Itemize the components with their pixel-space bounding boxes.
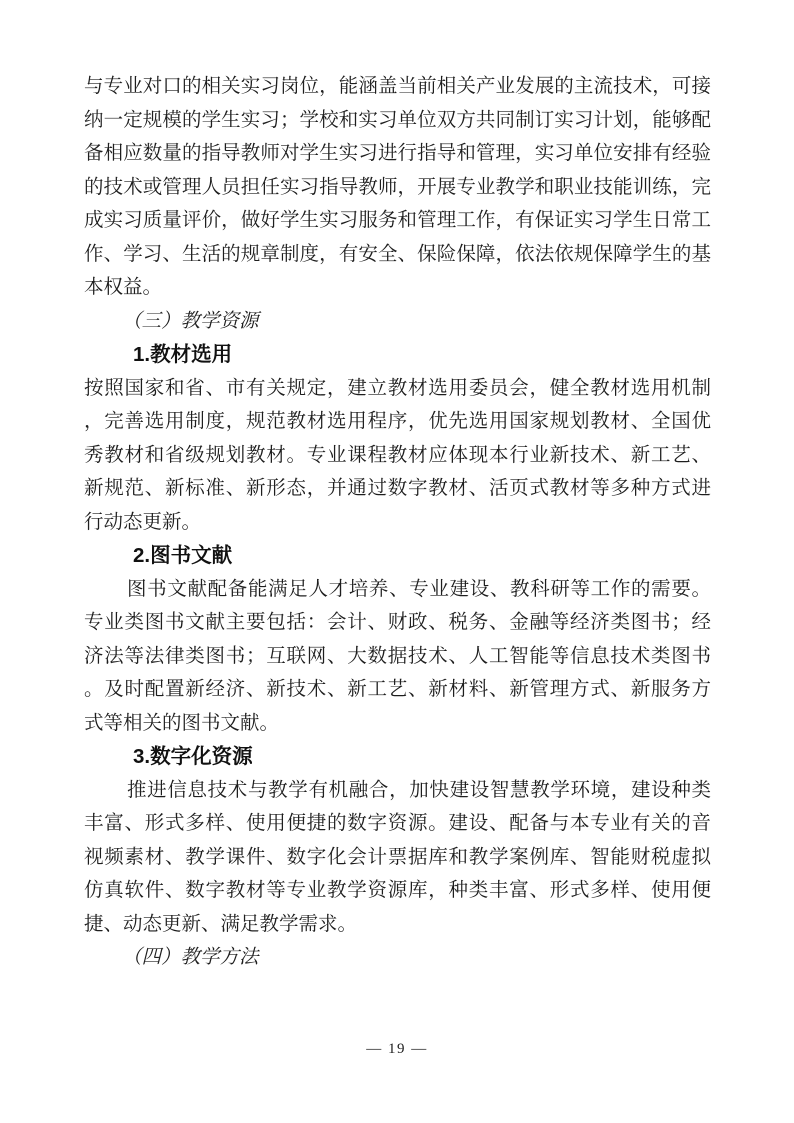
paragraph-line: 按照国家和省、市有关规定，建立教材选用委员会，健全教材选用机制 (84, 372, 711, 406)
page-number: — 19 — (0, 1041, 794, 1058)
paragraph-line: ，完善选用制度，规范教材选用程序，优先选用国家规划教材、全国优 (84, 405, 711, 439)
document-text-block: 与专业对口的相关实习岗位，能涵盖当前相关产业发展的主流技术，可接 纳一定规模的学… (84, 70, 711, 975)
paragraph-line: 成实习质量评价，做好学生实习服务和管理工作，有保证实习学生日常工 (84, 204, 711, 238)
document-page: 与专业对口的相关实习岗位，能涵盖当前相关产业发展的主流技术，可接 纳一定规模的学… (0, 0, 794, 1123)
subsection-heading-digital-resources: 3.数字化资源 (84, 740, 711, 774)
paragraph-line: 仿真软件、数字教材等专业教学资源库，种类丰富、形式多样、使用便 (84, 874, 711, 908)
paragraph-line: 新规范、新标准、新形态，并通过数字教材、活页式教材等多种方式进 (84, 472, 711, 506)
paragraph-line: 专业类图书文献主要包括：会计、财政、税务、金融等经济类图书；经 (84, 606, 711, 640)
paragraph-line: 济法等法律类图书；互联网、大数据技术、人工智能等信息技术类图书 (84, 640, 711, 674)
section-heading-teaching-methods: （四）教学方法 (84, 941, 711, 975)
paragraph-line: 视频素材、教学课件、数字化会计票据库和教学案例库、智能财税虚拟 (84, 841, 711, 875)
paragraph-line: 本权益。 (84, 271, 711, 305)
paragraph-line: 图书文献配备能满足人才培养、专业建设、教科研等工作的需要。 (84, 573, 711, 607)
paragraph-line: 捷、动态更新、满足教学需求。 (84, 908, 711, 942)
paragraph-line: 。及时配置新经济、新技术、新工艺、新材料、新管理方式、新服务方 (84, 673, 711, 707)
paragraph-line: 作、学习、生活的规章制度，有安全、保险保障，依法依规保障学生的基 (84, 238, 711, 272)
section-heading-teaching-resources: （三）教学资源 (84, 305, 711, 339)
paragraph-line: 备相应数量的指导教师对学生实习进行指导和管理，实习单位安排有经验 (84, 137, 711, 171)
subsection-heading-textbook-selection: 1.教材选用 (84, 338, 711, 372)
paragraph-line: 秀教材和省级规划教材。专业课程教材应体现本行业新技术、新工艺、 (84, 439, 711, 473)
paragraph-line: 丰富、形式多样、使用便捷的数字资源。建设、配备与本专业有关的音 (84, 807, 711, 841)
paragraph-line: 的技术或管理人员担任实习指导教师，开展专业教学和职业技能训练，完 (84, 171, 711, 205)
paragraph-line: 式等相关的图书文献。 (84, 707, 711, 741)
paragraph-line: 行动态更新。 (84, 506, 711, 540)
paragraph-line: 推进信息技术与教学有机融合，加快建设智慧教学环境，建设种类 (84, 774, 711, 808)
subsection-heading-library-literature: 2.图书文献 (84, 539, 711, 573)
paragraph-line: 纳一定规模的学生实习；学校和实习单位双方共同制订实习计划，能够配 (84, 104, 711, 138)
paragraph-line: 与专业对口的相关实习岗位，能涵盖当前相关产业发展的主流技术，可接 (84, 70, 711, 104)
